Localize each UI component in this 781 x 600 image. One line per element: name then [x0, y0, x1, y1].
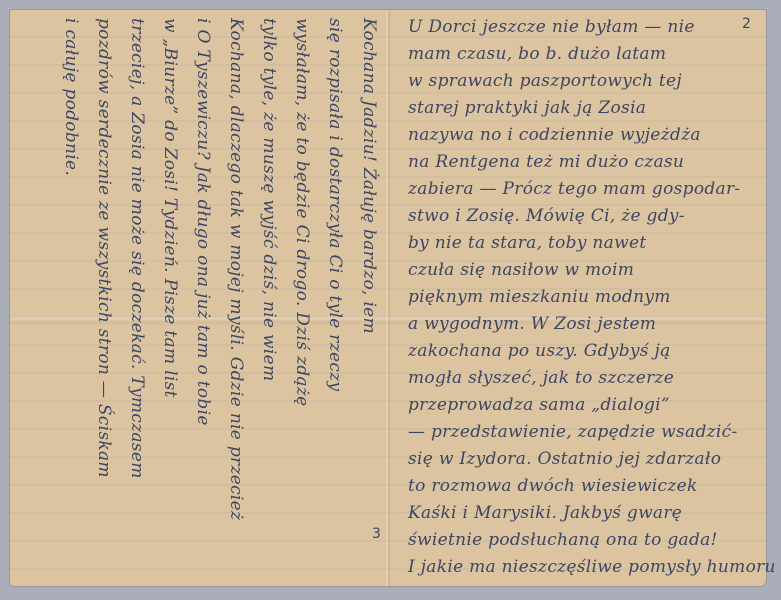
- left-page: Kochana Jadziu! Żałuję bardzo, iem się r…: [10, 10, 388, 586]
- left-line-10: i całuję podobnie.: [57, 18, 84, 578]
- left-line-2: się rozpisała i dostarczyła Ci o tyle rz…: [321, 18, 348, 578]
- right-page: 2 U Dorci jeszcze nie byłam — nie mam cz…: [390, 10, 766, 586]
- right-line-1: U Dorci jeszcze nie byłam — nie: [408, 14, 695, 41]
- left-page-text: Kochana Jadziu! Żałuję bardzo, iem się r…: [10, 10, 388, 586]
- left-line-9: pozdrów serdecznie ze wszystkich stron —…: [90, 18, 117, 578]
- right-line-13: zakochana po uszy. Gdybyś ją: [408, 338, 671, 365]
- right-line-5: nazywa no i codziennie wyjeżdża: [408, 122, 701, 149]
- right-line-21: I jakie ma nieszczęśliwe pomysły humoru: [408, 554, 776, 581]
- letter-sheet: Kochana Jadziu! Żałuję bardzo, iem się r…: [10, 10, 766, 586]
- right-line-8: stwo i Zosię. Mówię Ci, że gdy-: [408, 203, 685, 230]
- left-line-1: Kochana Jadziu! Żałuję bardzo, iem: [355, 18, 382, 578]
- page-number-left: 3: [372, 526, 381, 542]
- right-line-16: — przedstawienie, zapędzie wsadzić-: [408, 419, 738, 446]
- right-line-12: a wygodnym. W Zosi jestem: [408, 311, 656, 338]
- right-line-7: zabiera — Prócz tego mam gospodar-: [408, 176, 740, 203]
- right-line-18: to rozmowa dwóch wiesiewiczek: [408, 473, 698, 500]
- right-line-15: przeprowadza sama „dialogi”: [408, 392, 670, 419]
- right-line-6: na Rentgena też mi dużo czasu: [408, 149, 684, 176]
- right-line-19: Kaśki i Marysiki. Jakbyś gwarę: [408, 500, 682, 527]
- left-line-5: Kochana, dlaczego tak w mojej myśli. Gdz…: [222, 18, 249, 578]
- page-number-right: 2: [742, 16, 751, 32]
- left-line-8: trzeciej, a Zosia nie może się doczekać.…: [123, 18, 150, 578]
- right-line-10: czuła się nasiłow w moim: [408, 257, 634, 284]
- right-line-14: mogła słyszeć, jak to szczerze: [408, 365, 674, 392]
- left-line-3: wysłałam, że to będzie Ci drogo. Dziś zd…: [288, 18, 315, 578]
- right-line-20: świetnie podsłuchaną ona to gada!: [408, 527, 718, 554]
- right-line-3: w sprawach paszportowych tej: [408, 68, 682, 95]
- right-line-4: starej praktyki jak ją Zosia: [408, 95, 646, 122]
- left-line-7: w „Biurze” do Zosi! Tydzień. Pisze tam l…: [156, 18, 183, 578]
- left-line-6: i O Tyszewiczu? Jak długo ona już tam o …: [189, 18, 216, 578]
- left-line-4: tylko tyle, że muszę wyjść dziś, nie wie…: [255, 18, 282, 578]
- right-line-9: by nie ta stara, toby nawet: [408, 230, 646, 257]
- right-line-2: mam czasu, bo b. dużo latam: [408, 41, 666, 68]
- right-line-11: pięknym mieszkaniu modnym: [408, 284, 671, 311]
- right-line-17: się w Izydora. Ostatnio jej zdarzało: [408, 446, 721, 473]
